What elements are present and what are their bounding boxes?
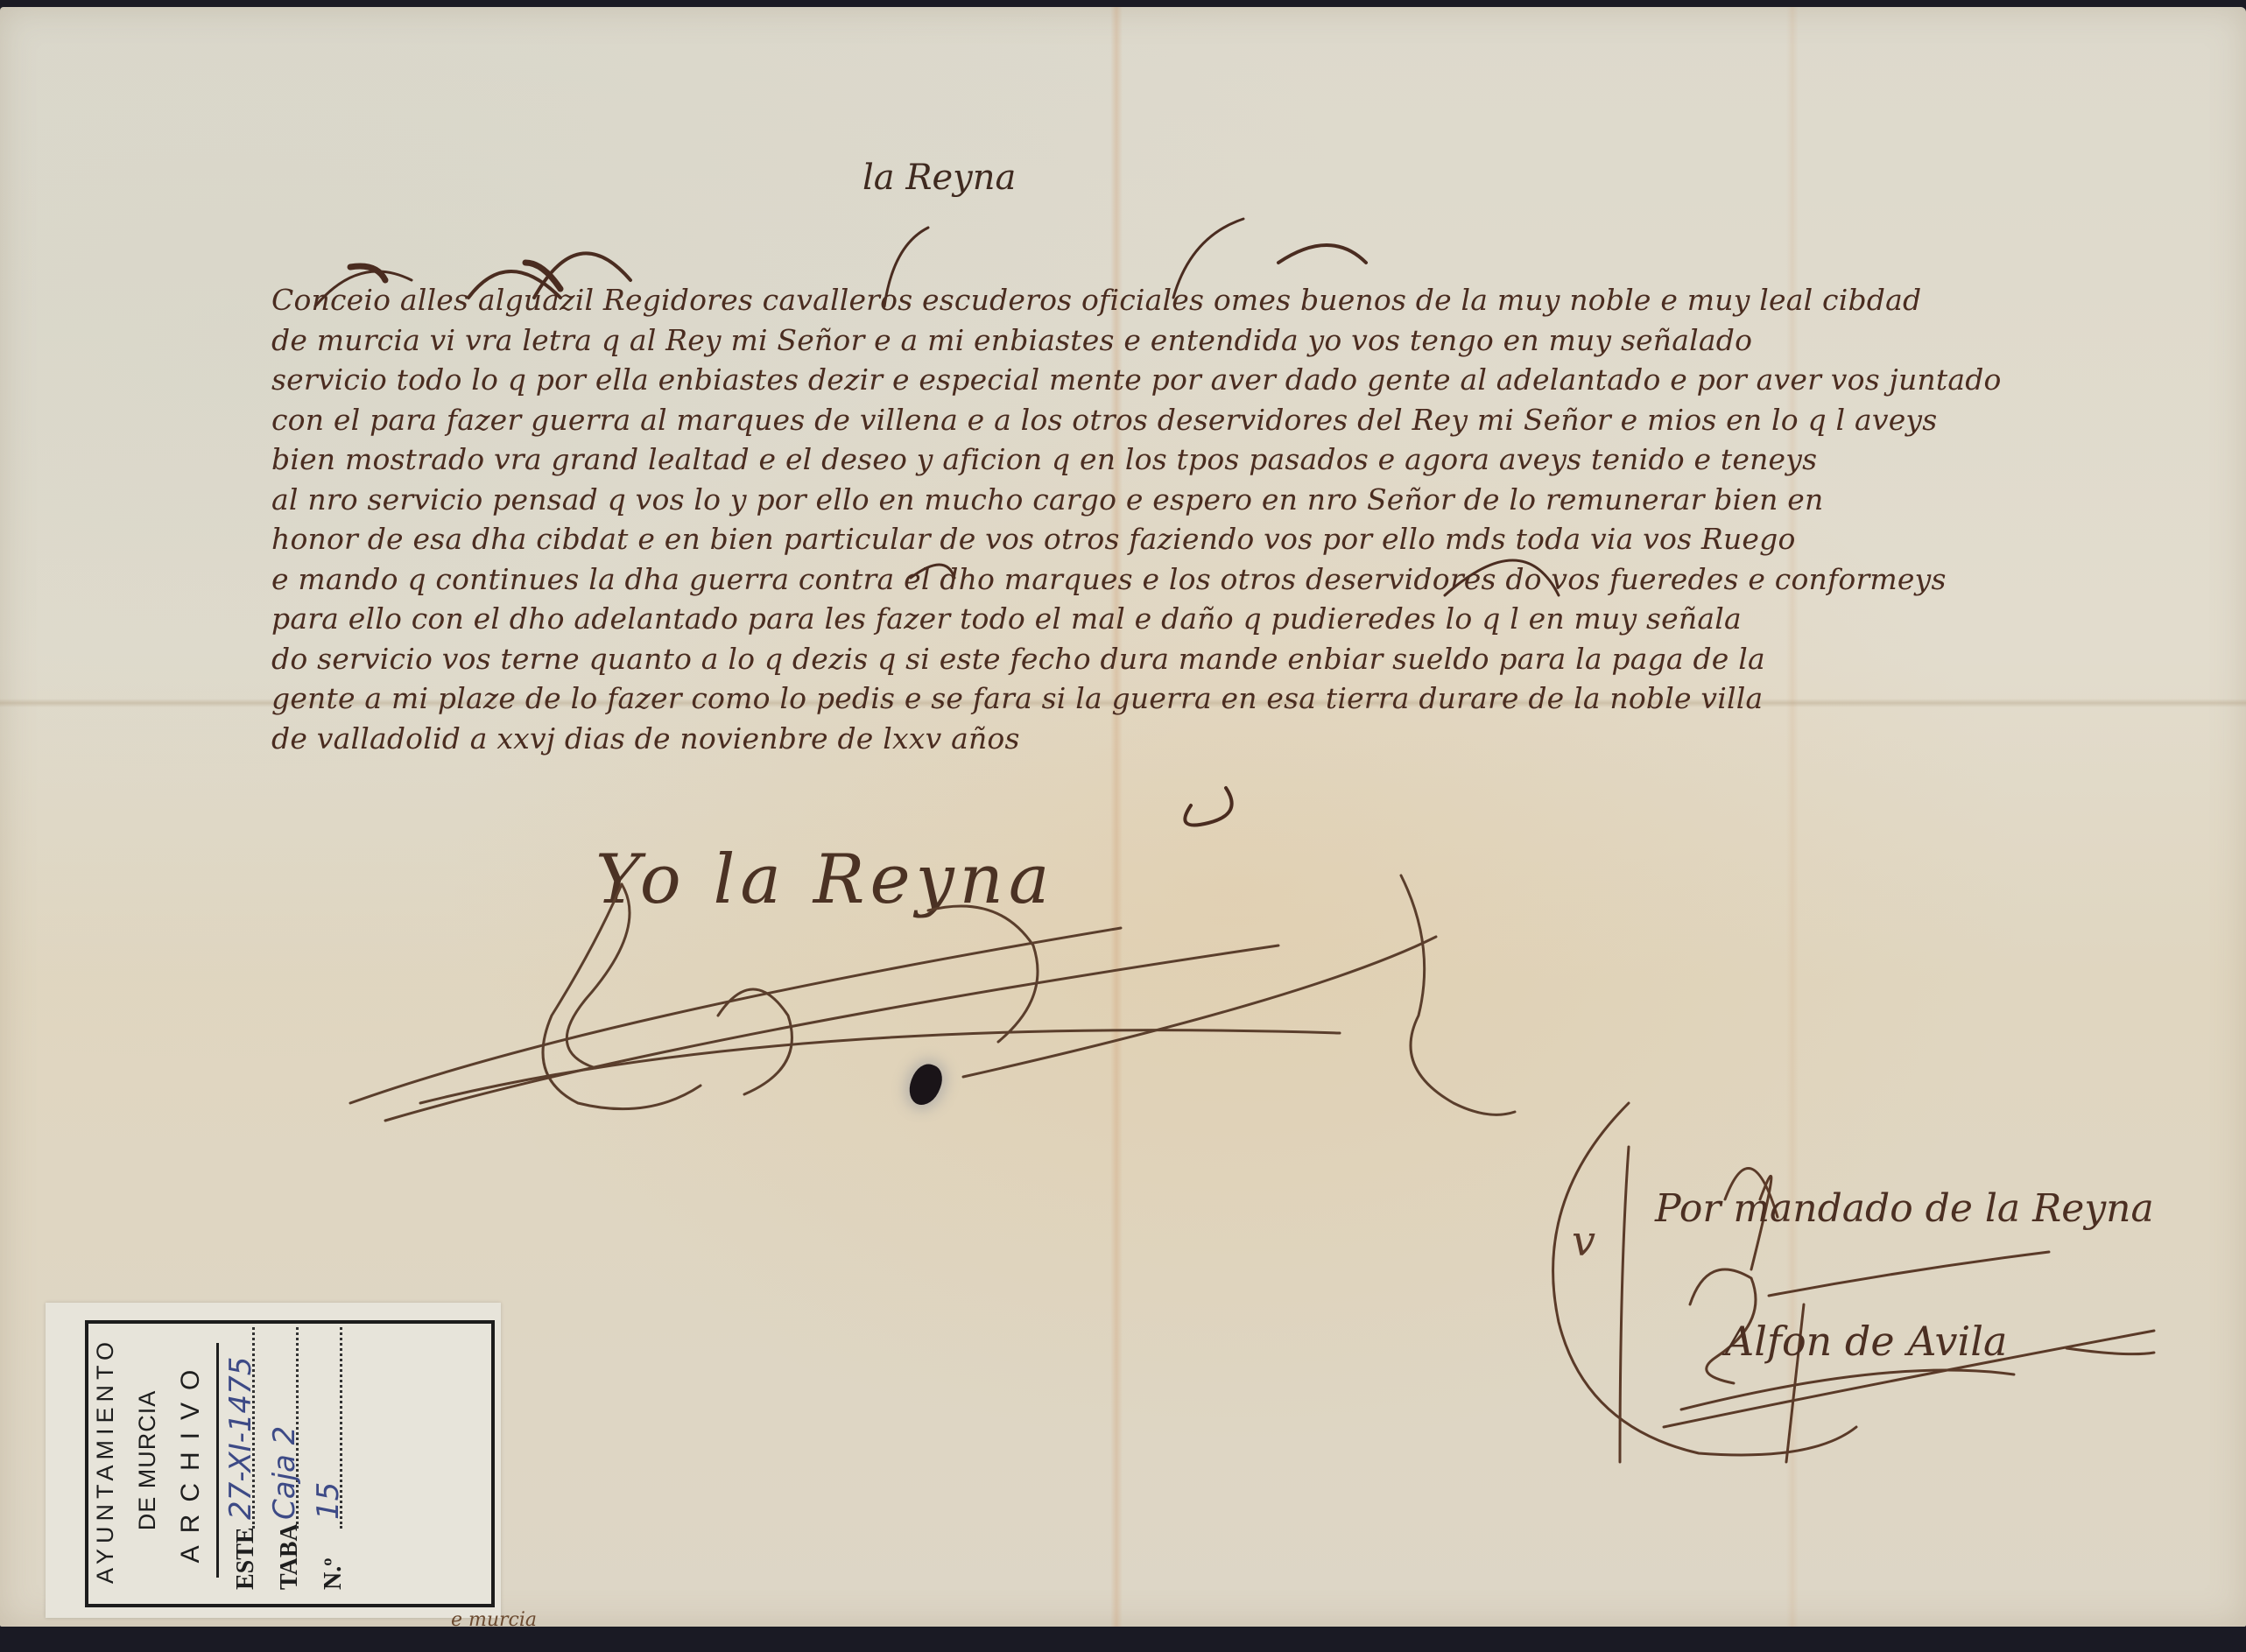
stamp-field-number: N.º 15	[320, 1327, 348, 1590]
body-line: do servicio vos terne quanto a lo q dezi…	[271, 639, 2128, 679]
stamp-field-value: Caja 2	[267, 1426, 302, 1520]
body-line: gente a mi plaze de lo fazer como lo ped…	[271, 678, 2128, 719]
letter-body: Conceio alles alguazil Regidores cavalle…	[271, 280, 2128, 758]
queen-signature-text: Yo la Reyna	[595, 840, 1054, 919]
body-line: de valladolid a xxvj dias de novienbre d…	[271, 719, 2128, 759]
body-line: al nro servicio pensad q vos lo y por el…	[271, 480, 2128, 520]
secretary-signature: v Por mandado de la Reyna Alfon de Avila	[1524, 1094, 2154, 1462]
body-line: e mando q continues la dha guerra contra…	[271, 559, 2128, 600]
vertical-fold-line	[1110, 7, 1123, 1627]
secretary-signature-line1: Por mandado de la Reyna	[1655, 1186, 2154, 1231]
secretary-rubric-flourish-icon	[1524, 1094, 2154, 1462]
stamp-field-value: 15	[311, 1482, 346, 1520]
stamp-field-label: N.º	[320, 1558, 348, 1590]
stamp-field-este: ESTE 27-XI-1475	[232, 1327, 260, 1590]
body-line: de murcia vi vra letra q al Rey mi Señor…	[271, 320, 2128, 361]
body-line: servicio todo lo q por ella enbiastes de…	[271, 360, 2128, 400]
stamp-field-label: ESTE	[232, 1527, 260, 1590]
archive-stamp: AYUNTAMIENTO DE MURCIA ARCHIVO ESTE 27-X…	[46, 1303, 501, 1618]
stamp-field-label: TABA	[276, 1523, 304, 1590]
rubric-mark: v	[1572, 1217, 1595, 1266]
body-line: para ello con el dho adelantado para les…	[271, 599, 2128, 639]
stamp-archive: ARCHIVO	[176, 1320, 206, 1600]
endorsement-note: e murcia	[451, 1609, 537, 1631]
stamp-divider	[216, 1343, 219, 1578]
document-heading: la Reyna	[862, 158, 1016, 198]
secretary-signature-line2: Alfon de Avila	[1725, 1318, 2007, 1365]
stamp-content: AYUNTAMIENTO DE MURCIA ARCHIVO ESTE 27-X…	[85, 1320, 488, 1600]
body-line: Conceio alles alguazil Regidores cavalle…	[271, 280, 2128, 320]
stamp-field-value: 27-XI-1475	[223, 1357, 258, 1520]
stamp-institution: AYUNTAMIENTO	[92, 1320, 119, 1600]
body-line: honor de esa dha cibdat e en bien partic…	[271, 519, 2128, 559]
body-line: con el para fazer guerra al marques de v…	[271, 400, 2128, 440]
stamp-city: DE MURCIA	[134, 1320, 161, 1600]
body-line: bien mostrado vra grand lealtad e el des…	[271, 439, 2128, 480]
stamp-field-tabla: TABA Caja 2	[276, 1327, 304, 1590]
